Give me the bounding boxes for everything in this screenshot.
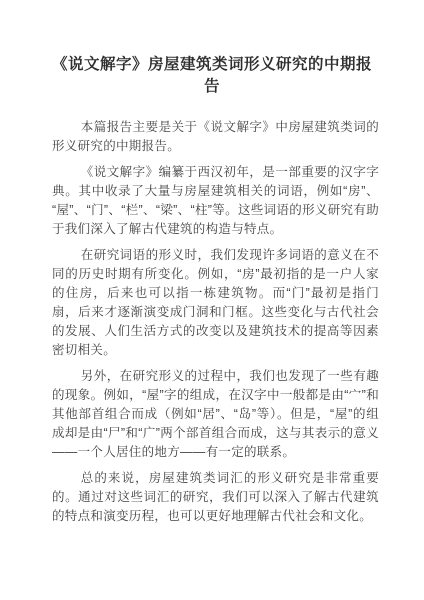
- report-paragraph-interesting-findings: 另外，在研究形义的过程中，我们也发现了一些有趣的现象。例如，“屋”字的组成，在汉…: [52, 367, 379, 462]
- report-body: 本篇报告主要是关于《说文解字》中房屋建筑类词的形义研究的中期报告。 《说文解字》…: [52, 118, 379, 526]
- report-paragraph-background: 《说文解字》编纂于西汉初年，是一部重要的汉字字典。其中收录了大量与房屋建筑相关的…: [52, 163, 379, 239]
- report-page: 《说文解字》房屋建筑类词形义研究的中期报告 本篇报告主要是关于《说文解字》中房屋…: [0, 0, 424, 600]
- report-title: 《说文解字》房屋建筑类词形义研究的中期报告: [45, 54, 379, 98]
- report-paragraph-conclusion: 总的来说，房屋建筑类词汇的形义研究是非常重要的。通过对这些词汇的研究，我们可以深…: [52, 469, 379, 526]
- report-paragraph-intro: 本篇报告主要是关于《说文解字》中房屋建筑类词的形义研究的中期报告。: [52, 118, 379, 156]
- report-paragraph-meaning-change: 在研究词语的形义时，我们发现许多词语的意义在不同的历史时期有所变化。例如，“房”…: [52, 246, 379, 360]
